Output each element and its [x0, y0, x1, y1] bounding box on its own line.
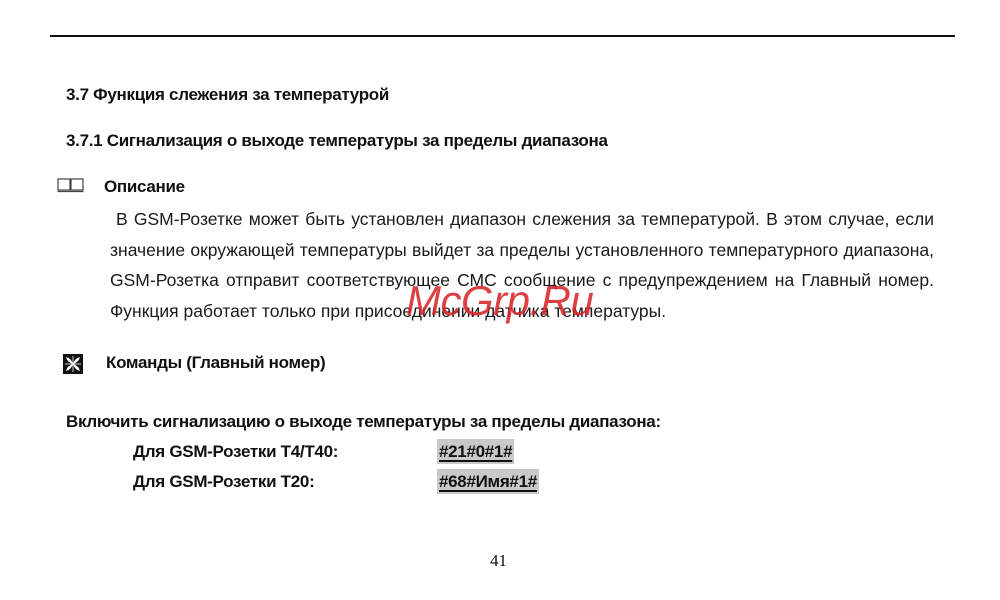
header-rule	[50, 35, 955, 37]
commands-title: Команды (Главный номер)	[106, 353, 325, 373]
section-title: 3.7 Функция слежения за температурой	[66, 85, 389, 105]
command-icon	[63, 354, 83, 374]
book-icon	[57, 178, 84, 193]
command-label: Для GSM-Розетки T4/T40:	[133, 442, 338, 462]
enable-label: Включить сигнализацию о выходе температу…	[66, 412, 661, 432]
description-title: Описание	[104, 177, 185, 197]
command-code: #21#0#1#	[437, 439, 514, 464]
subsection-title: 3.7.1 Сигнализация о выходе температуры …	[66, 131, 608, 151]
page-number: 41	[490, 551, 507, 571]
watermark: McGrp.Ru	[406, 277, 593, 325]
command-code: #68#Имя#1#	[437, 469, 539, 494]
command-label: Для GSM-Розетки T20:	[133, 472, 314, 492]
